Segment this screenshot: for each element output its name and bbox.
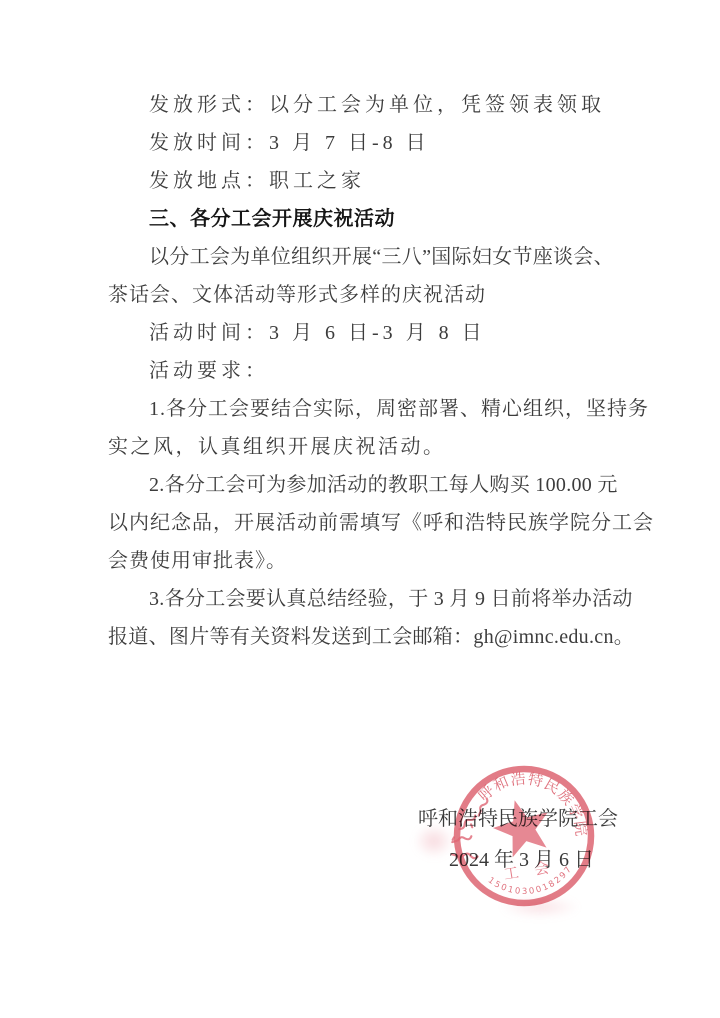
document-page: 发放形式：以分工会为单位，凭签领表领取 发放时间：3 月 7 日-8 日 发放地… [0,0,720,1018]
doc-line: 发放地点：职工之家 [108,162,638,200]
doc-line: 以分工会为单位组织开展“三八”国际妇女节座谈会、 [108,238,638,276]
doc-line: 报道、图片等有关资料发送到工会邮箱：gh@imnc.edu.cn。 [108,618,638,656]
doc-line: 实之风，认真组织开展庆祝活动。 [108,428,638,466]
doc-line: 3.各分工会要认真总结经验，于 3 月 9 日前将举办活动 [108,580,638,618]
doc-line: 活动要求： [108,352,638,390]
doc-line: 会费使用审批表》。 [108,542,638,580]
doc-line: 活动时间：3 月 6 日-3 月 8 日 [108,314,638,352]
official-seal: 呼和浩特民族学院 工 会 1501030018297 [438,750,610,922]
doc-line: 以内纪念品，开展活动前需填写《呼和浩特民族学院分工会 [108,504,638,542]
seal-center-label: 工 会 [503,859,557,884]
doc-line: 1.各分工会要结合实际，周密部署、精心组织，坚持务 [108,390,638,428]
mongolian-script-icon [443,797,497,862]
doc-line: 茶话会、文体活动等形式多样的庆祝活动 [108,276,638,314]
doc-line: 发放形式：以分工会为单位，凭签领表领取 [108,86,638,124]
star-icon [487,792,557,860]
document-body: 发放形式：以分工会为单位，凭签领表领取 发放时间：3 月 7 日-8 日 发放地… [108,86,638,656]
doc-line: 2.各分工会可为参加活动的教职工每人购买 100.00 元 [108,466,638,504]
doc-line: 发放时间：3 月 7 日-8 日 [108,124,638,162]
section-heading: 三、各分工会开展庆祝活动 [108,200,638,238]
